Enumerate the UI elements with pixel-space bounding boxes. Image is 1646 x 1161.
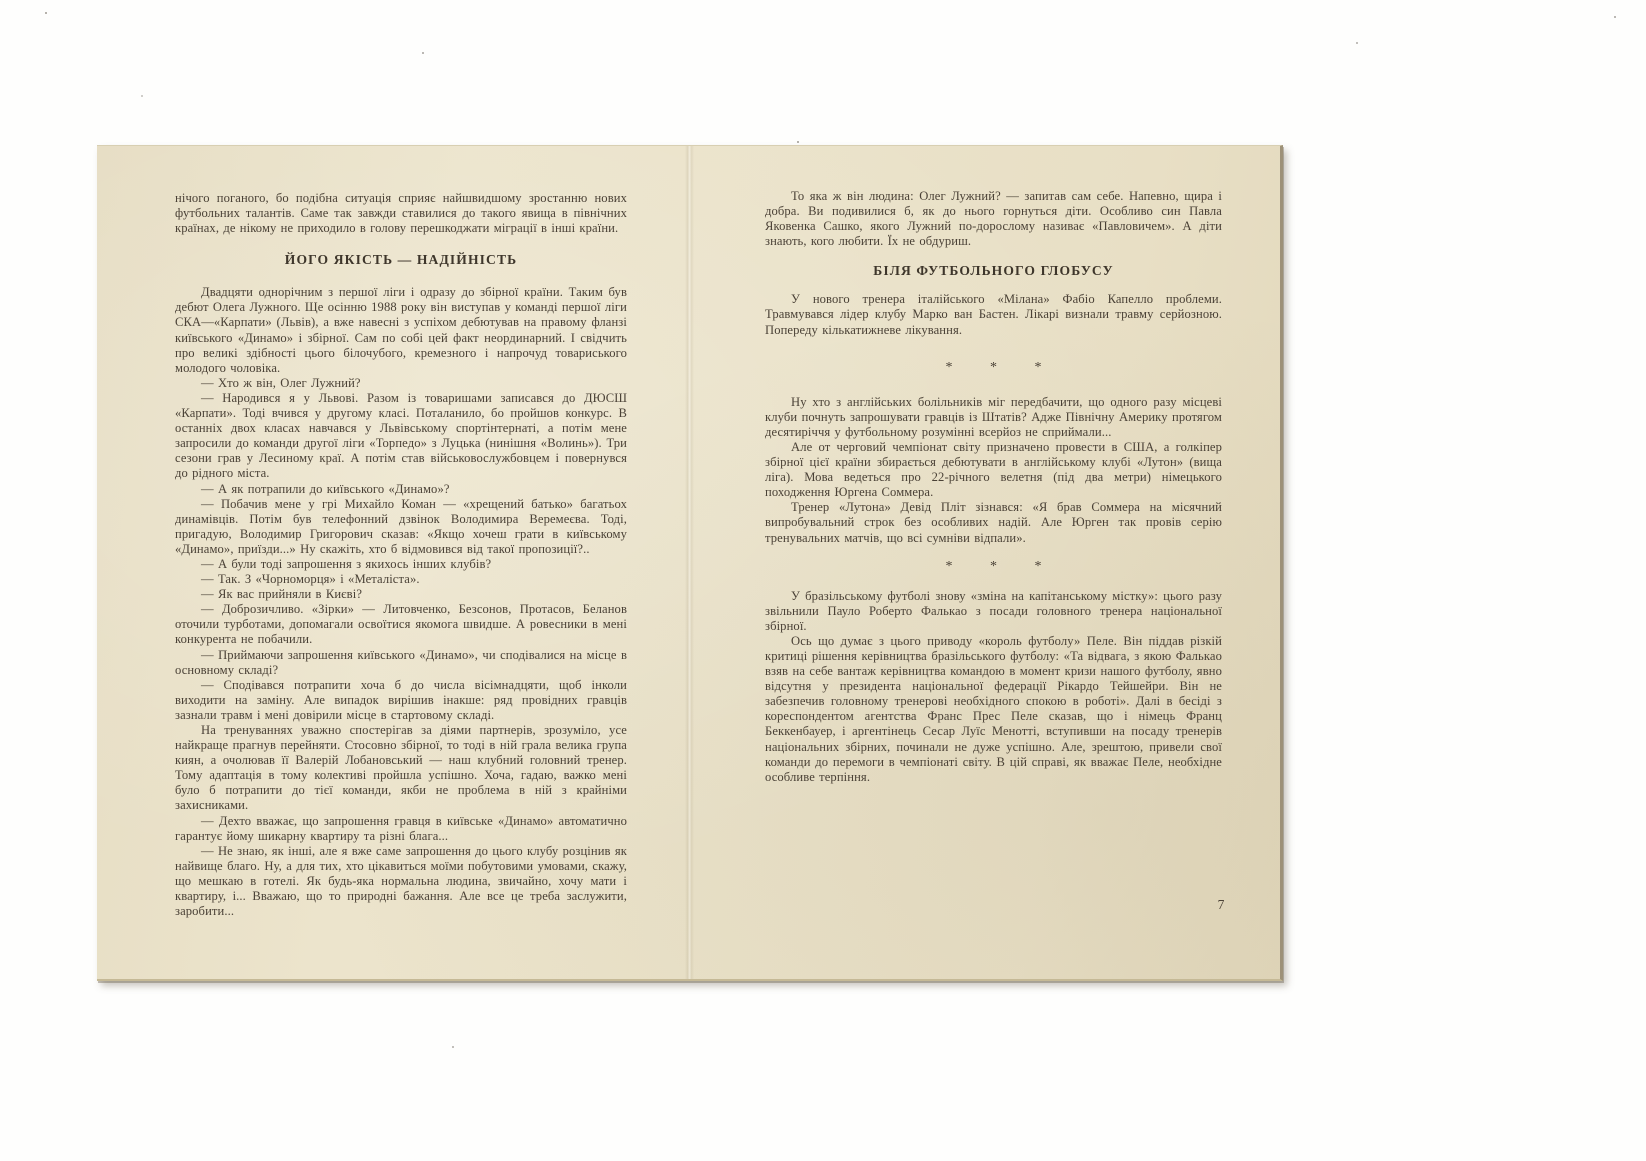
asterisk-separator: * * * — [765, 360, 1222, 375]
dialogue-line: — Дехто вважає, що запрошення гравця в к… — [175, 814, 627, 844]
page-number: 7 — [1211, 897, 1231, 913]
section-heading-right: БІЛЯ ФУТБОЛЬНОГО ГЛОБУСУ — [765, 263, 1222, 279]
paragraph: Але от черговий чемпіонат світу призначе… — [765, 440, 1222, 500]
dialogue-line: — А як потрапили до київського «Динамо»? — [175, 482, 627, 497]
paragraph: Ну хто з англійських болільників міг пер… — [765, 395, 1222, 440]
dialogue-line: — Доброзичливо. «Зірки» — Литовченко, Бе… — [175, 602, 627, 647]
paragraph: На тренуваннях уважно спостерігав за дія… — [175, 723, 627, 814]
dialogue-line: — Побачив мене у грі Михайло Коман — «хр… — [175, 497, 627, 557]
asterisk-separator: * * * — [765, 559, 1222, 574]
dialogue-line: — Хто ж він, Олег Лужний? — [175, 376, 627, 391]
paragraph: То яка ж він людина: Олег Лужний? — запи… — [765, 189, 1222, 249]
page-left-column: нічого поганого, бо подібна ситуація спр… — [175, 191, 627, 919]
dust-specks — [0, 0, 2, 2]
dialogue-line: — Сподівався потрапити хоча б до числа в… — [175, 678, 627, 723]
booklet-spread: нічого поганого, бо подібна ситуація спр… — [97, 145, 1283, 981]
paragraph-continuation: нічого поганого, бо подібна ситуація спр… — [175, 191, 627, 236]
paragraph: У нового тренера італійського «Мілана» Ф… — [765, 292, 1222, 337]
page-right-column: То яка ж він людина: Олег Лужний? — запи… — [765, 189, 1222, 785]
center-fold — [685, 146, 694, 979]
dialogue-line: — Так. З «Чорноморця» і «Металіста». — [175, 572, 627, 587]
paragraph: Тренер «Лутона» Девід Пліт зізнався: «Я … — [765, 500, 1222, 545]
dialogue-line: — Народився я у Львові. Разом із товариш… — [175, 391, 627, 482]
dialogue-line: — Як вас прийняли в Києві? — [175, 587, 627, 602]
paragraph: Ось що думає з цього приводу «король фут… — [765, 634, 1222, 785]
section-heading-left: ЙОГО ЯКІСТЬ — НАДІЙНІСТЬ — [175, 252, 627, 268]
dialogue-line: — Приймаючи запрошення київського «Динам… — [175, 648, 627, 678]
dialogue-line: — А були тоді запрошення з якихось інших… — [175, 557, 627, 572]
paragraph: Двадцяти однорічним з першої ліги і одра… — [175, 285, 627, 376]
dialogue-line: — Не знаю, як інші, але я вже саме запро… — [175, 844, 627, 919]
paragraph: У бразільському футболі знову «зміна на … — [765, 589, 1222, 634]
